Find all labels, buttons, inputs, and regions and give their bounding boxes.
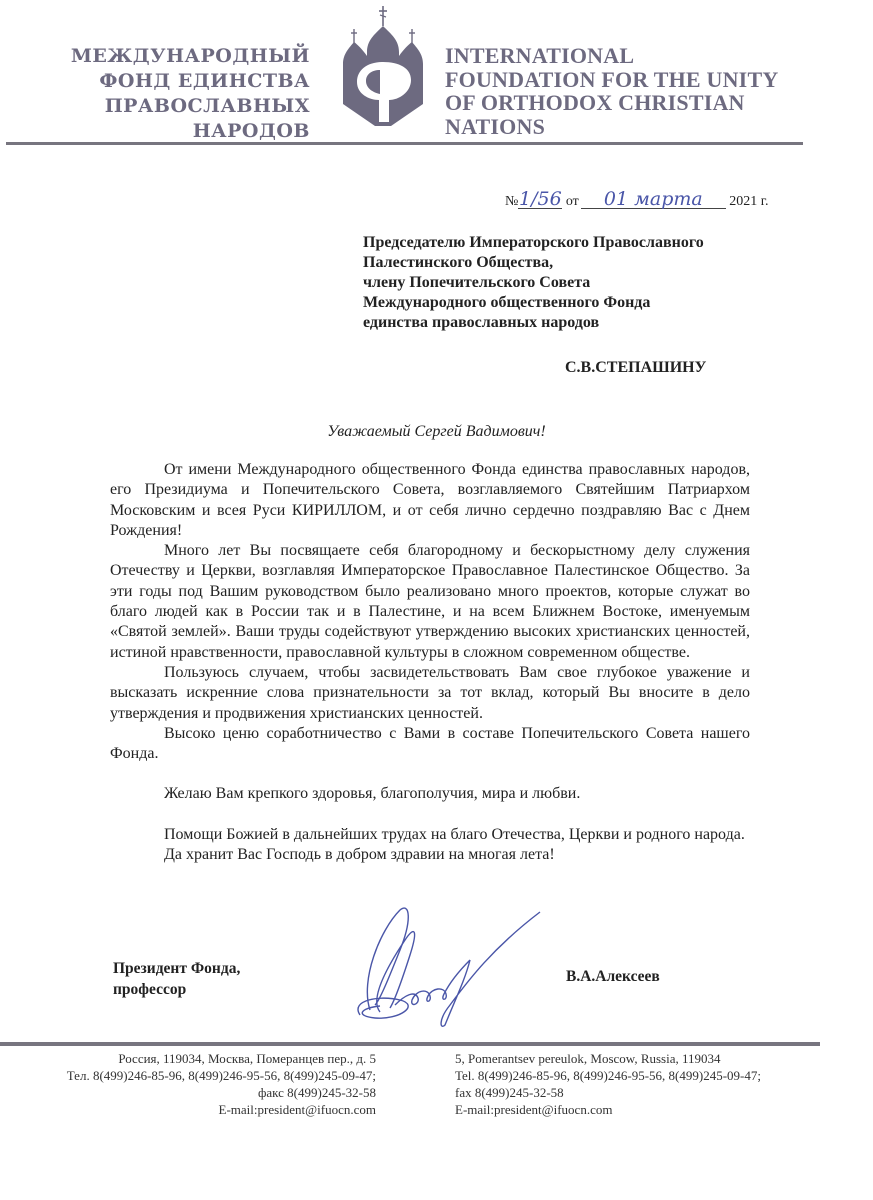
addressee-block: Председателю Императорского Православног…: [363, 233, 783, 333]
footer-en-fax: fax 8(499)245-32-58: [455, 1084, 855, 1101]
signer-title: Президент Фонда, профессор: [113, 958, 240, 1000]
body-paragraph: Помощи Божией в дальнейших трудах на бла…: [110, 825, 750, 845]
reference-number: 1/56: [518, 190, 562, 209]
footer-ru-address: Россия, 119034, Москва, Померанцев пер.,…: [10, 1050, 376, 1067]
signer-name: В.А.Алексеев: [566, 968, 660, 986]
addressee-line: Международного общественного Фонда: [363, 293, 783, 313]
body-paragraph: Высоко ценю соработничество с Вами в сос…: [110, 724, 750, 765]
signer-title-line: Президент Фонда,: [113, 958, 240, 979]
letterhead-en-line: FOUNDATION FOR THE UNITY: [445, 68, 845, 92]
body-paragraph: Много лет Вы посвящаете себя благородном…: [110, 541, 750, 663]
footer-ru-email[interactable]: E-mail:president@ifuocn.com: [10, 1101, 376, 1118]
body-paragraph: От имени Международного общественного Фо…: [110, 460, 750, 541]
letter-body: От имени Международного общественного Фо…: [110, 460, 750, 865]
reference-line: №1/56 от01 марта 2021 г.: [505, 190, 815, 210]
reference-date: 01 марта: [581, 190, 726, 209]
letterhead-en-line: INTERNATIONAL: [445, 44, 845, 68]
footer-en-address: 5, Pomerantsev pereulok, Moscow, Russia,…: [455, 1050, 855, 1067]
orthodox-church-domes-logo-icon: [333, 4, 433, 128]
number-prefix: №: [505, 194, 518, 209]
signer-title-line: профессор: [113, 979, 240, 1000]
footer-ru-fax: факс 8(499)245-32-58: [10, 1084, 376, 1101]
addressee-line: Председателю Императорского Православног…: [363, 233, 783, 253]
footer-russian-contacts: Россия, 119034, Москва, Померанцев пер.,…: [10, 1050, 376, 1118]
footer-en-phones: Tel. 8(499)246-85-96, 8(499)246-95-56, 8…: [455, 1067, 855, 1084]
footer-ru-phones: Тел. 8(499)246-85-96, 8(499)246-95-56, 8…: [10, 1067, 376, 1084]
addressee-line: единства православных народов: [363, 313, 783, 333]
recipient-name: С.В.СТЕПАШИНУ: [565, 359, 706, 377]
from-label: от: [566, 194, 579, 209]
letterhead-ru-line: МЕЖДУНАРОДНЫЙ: [30, 44, 310, 69]
letterhead-english-name: INTERNATIONAL FOUNDATION FOR THE UNITY O…: [445, 44, 845, 138]
addressee-line: члену Попечительского Совета: [363, 273, 783, 293]
handwritten-signature-icon: [340, 900, 570, 1030]
body-paragraph: Желаю Вам крепкого здоровья, благополучи…: [110, 784, 750, 804]
body-paragraph: Пользуюсь случаем, чтобы засвидетельство…: [110, 663, 750, 724]
footer-english-contacts: 5, Pomerantsev pereulok, Moscow, Russia,…: [455, 1050, 855, 1118]
footer-divider: [0, 1042, 820, 1046]
salutation: Уважаемый Сергей Вадимович!: [0, 423, 873, 441]
letterhead-ru-line: ФОНД ЕДИНСТВА: [30, 69, 310, 94]
body-paragraph: Да хранит Вас Господь в добром здравии н…: [110, 845, 750, 865]
letterhead-en-line: OF ORTHODOX CHRISTIAN NATIONS: [445, 91, 845, 138]
footer-en-email[interactable]: E-mail:president@ifuocn.com: [455, 1101, 855, 1118]
letterhead-ru-line: ПРАВОСЛАВНЫХ НАРОДОВ: [30, 94, 310, 144]
letterhead-divider: [6, 142, 803, 145]
letterhead-russian-name: МЕЖДУНАРОДНЫЙ ФОНД ЕДИНСТВА ПРАВОСЛАВНЫХ…: [30, 44, 310, 144]
reference-year: 2021 г.: [729, 194, 768, 209]
addressee-line: Палестинского Общества,: [363, 253, 783, 273]
